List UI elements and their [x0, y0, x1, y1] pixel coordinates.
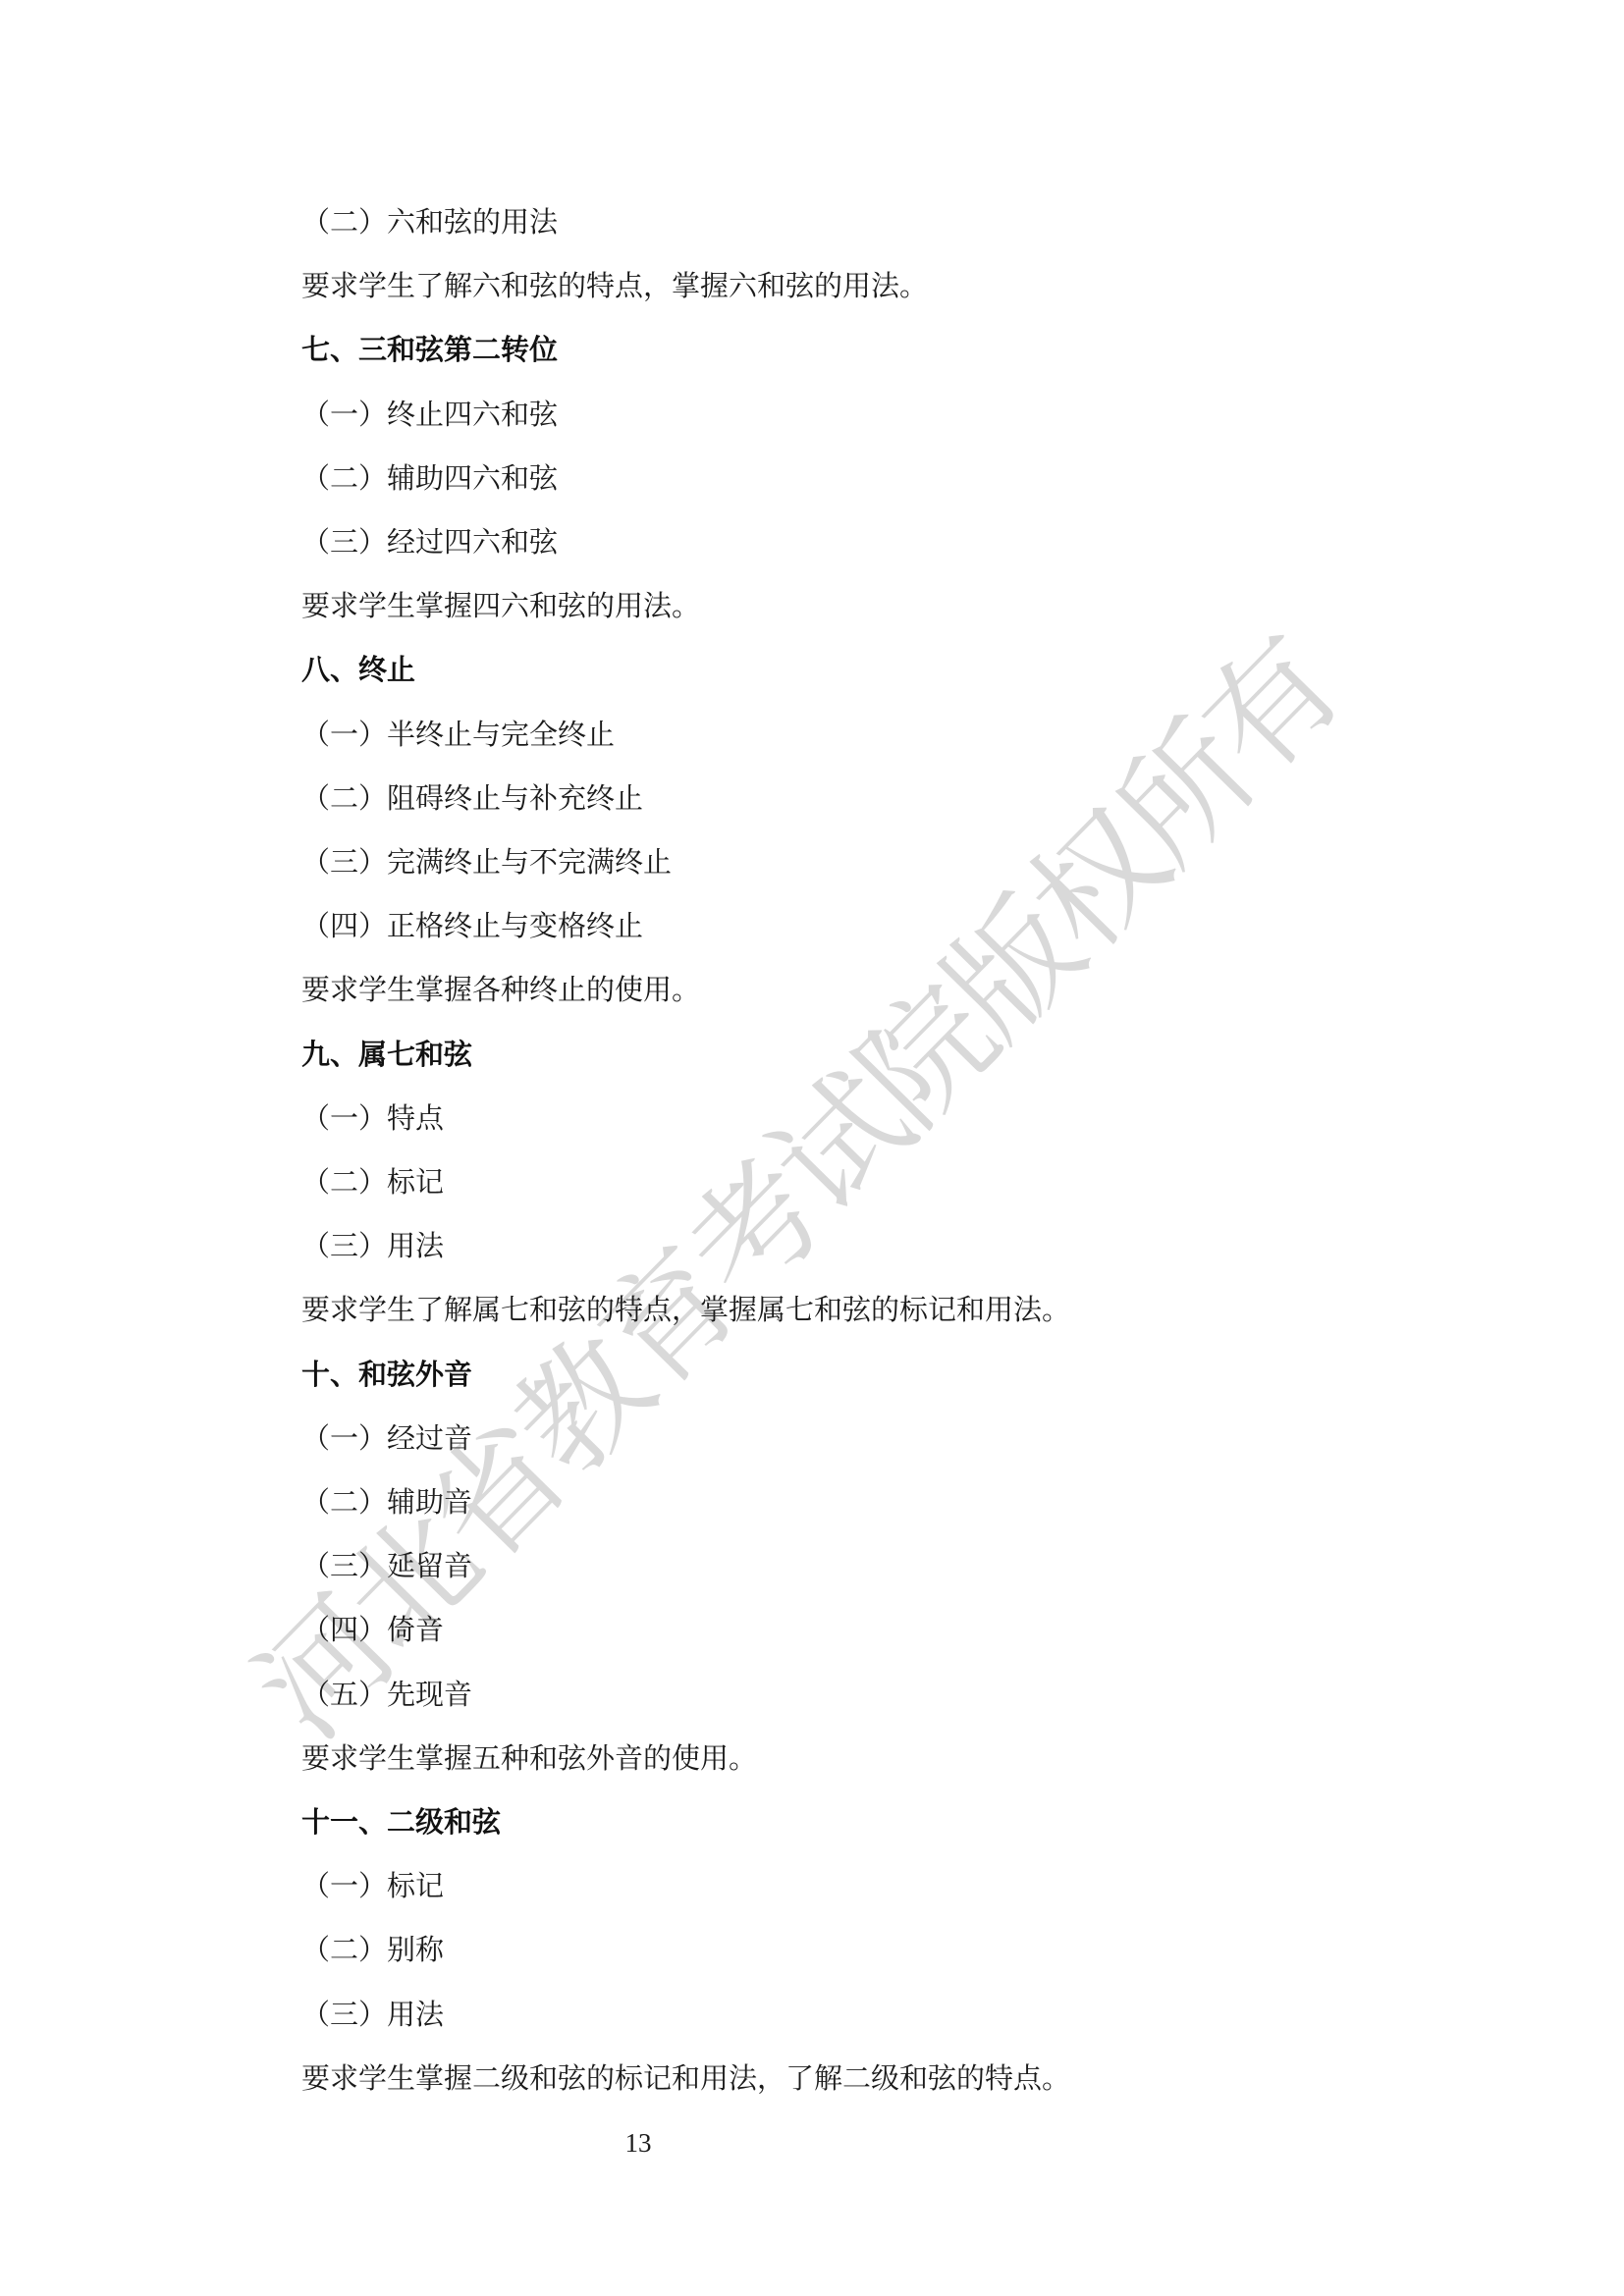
- text-line: （三）完满终止与不完满终止: [301, 831, 1070, 895]
- text-line: （二）标记: [301, 1151, 1070, 1215]
- page-number: 13: [589, 2128, 687, 2159]
- text-line: 要求学生掌握各种终止的使用。: [301, 959, 1070, 1023]
- text-line: （三）经过四六和弦: [301, 511, 1070, 575]
- section-heading: 十一、二级和弦: [301, 1791, 1070, 1855]
- section-heading: 八、终止: [301, 639, 1070, 703]
- text-line: （二）别称: [301, 1919, 1070, 1983]
- section-heading: 九、属七和弦: [301, 1024, 1070, 1088]
- text-line: （二）辅助四六和弦: [301, 448, 1070, 511]
- text-line: 要求学生掌握四六和弦的用法。: [301, 575, 1070, 639]
- text-line: 要求学生掌握五种和弦外音的使用。: [301, 1728, 1070, 1791]
- text-line: （一）半终止与完全终止: [301, 704, 1070, 768]
- text-line: （四）正格终止与变格终止: [301, 895, 1070, 959]
- section-heading: 七、三和弦第二转位: [301, 319, 1070, 383]
- text-line: 要求学生掌握二级和弦的标记和用法，了解二级和弦的特点。: [301, 2048, 1070, 2111]
- text-line: 要求学生了解属七和弦的特点，掌握属七和弦的标记和用法。: [301, 1279, 1070, 1343]
- text-line: （一）特点: [301, 1088, 1070, 1151]
- text-line: （一）标记: [301, 1855, 1070, 1919]
- section-heading: 十、和弦外音: [301, 1344, 1070, 1408]
- text-line: （二）辅助音: [301, 1471, 1070, 1535]
- text-line: （一）终止四六和弦: [301, 384, 1070, 448]
- text-line: （三）延留音: [301, 1535, 1070, 1599]
- document-content: （二）六和弦的用法要求学生了解六和弦的特点，掌握六和弦的用法。七、三和弦第二转位…: [301, 191, 1070, 2111]
- text-line: （一）经过音: [301, 1408, 1070, 1471]
- text-line: （四）倚音: [301, 1599, 1070, 1663]
- text-line: （三）用法: [301, 1984, 1070, 2048]
- text-line: （五）先现音: [301, 1664, 1070, 1728]
- text-line: （三）用法: [301, 1215, 1070, 1279]
- text-line: （二）阻碍终止与补充终止: [301, 768, 1070, 831]
- text-line: （二）六和弦的用法: [301, 191, 1070, 255]
- text-line: 要求学生了解六和弦的特点，掌握六和弦的用法。: [301, 255, 1070, 319]
- document-page: 河北省教育考试院版权所有 （二）六和弦的用法要求学生了解六和弦的特点，掌握六和弦…: [0, 0, 1624, 2296]
